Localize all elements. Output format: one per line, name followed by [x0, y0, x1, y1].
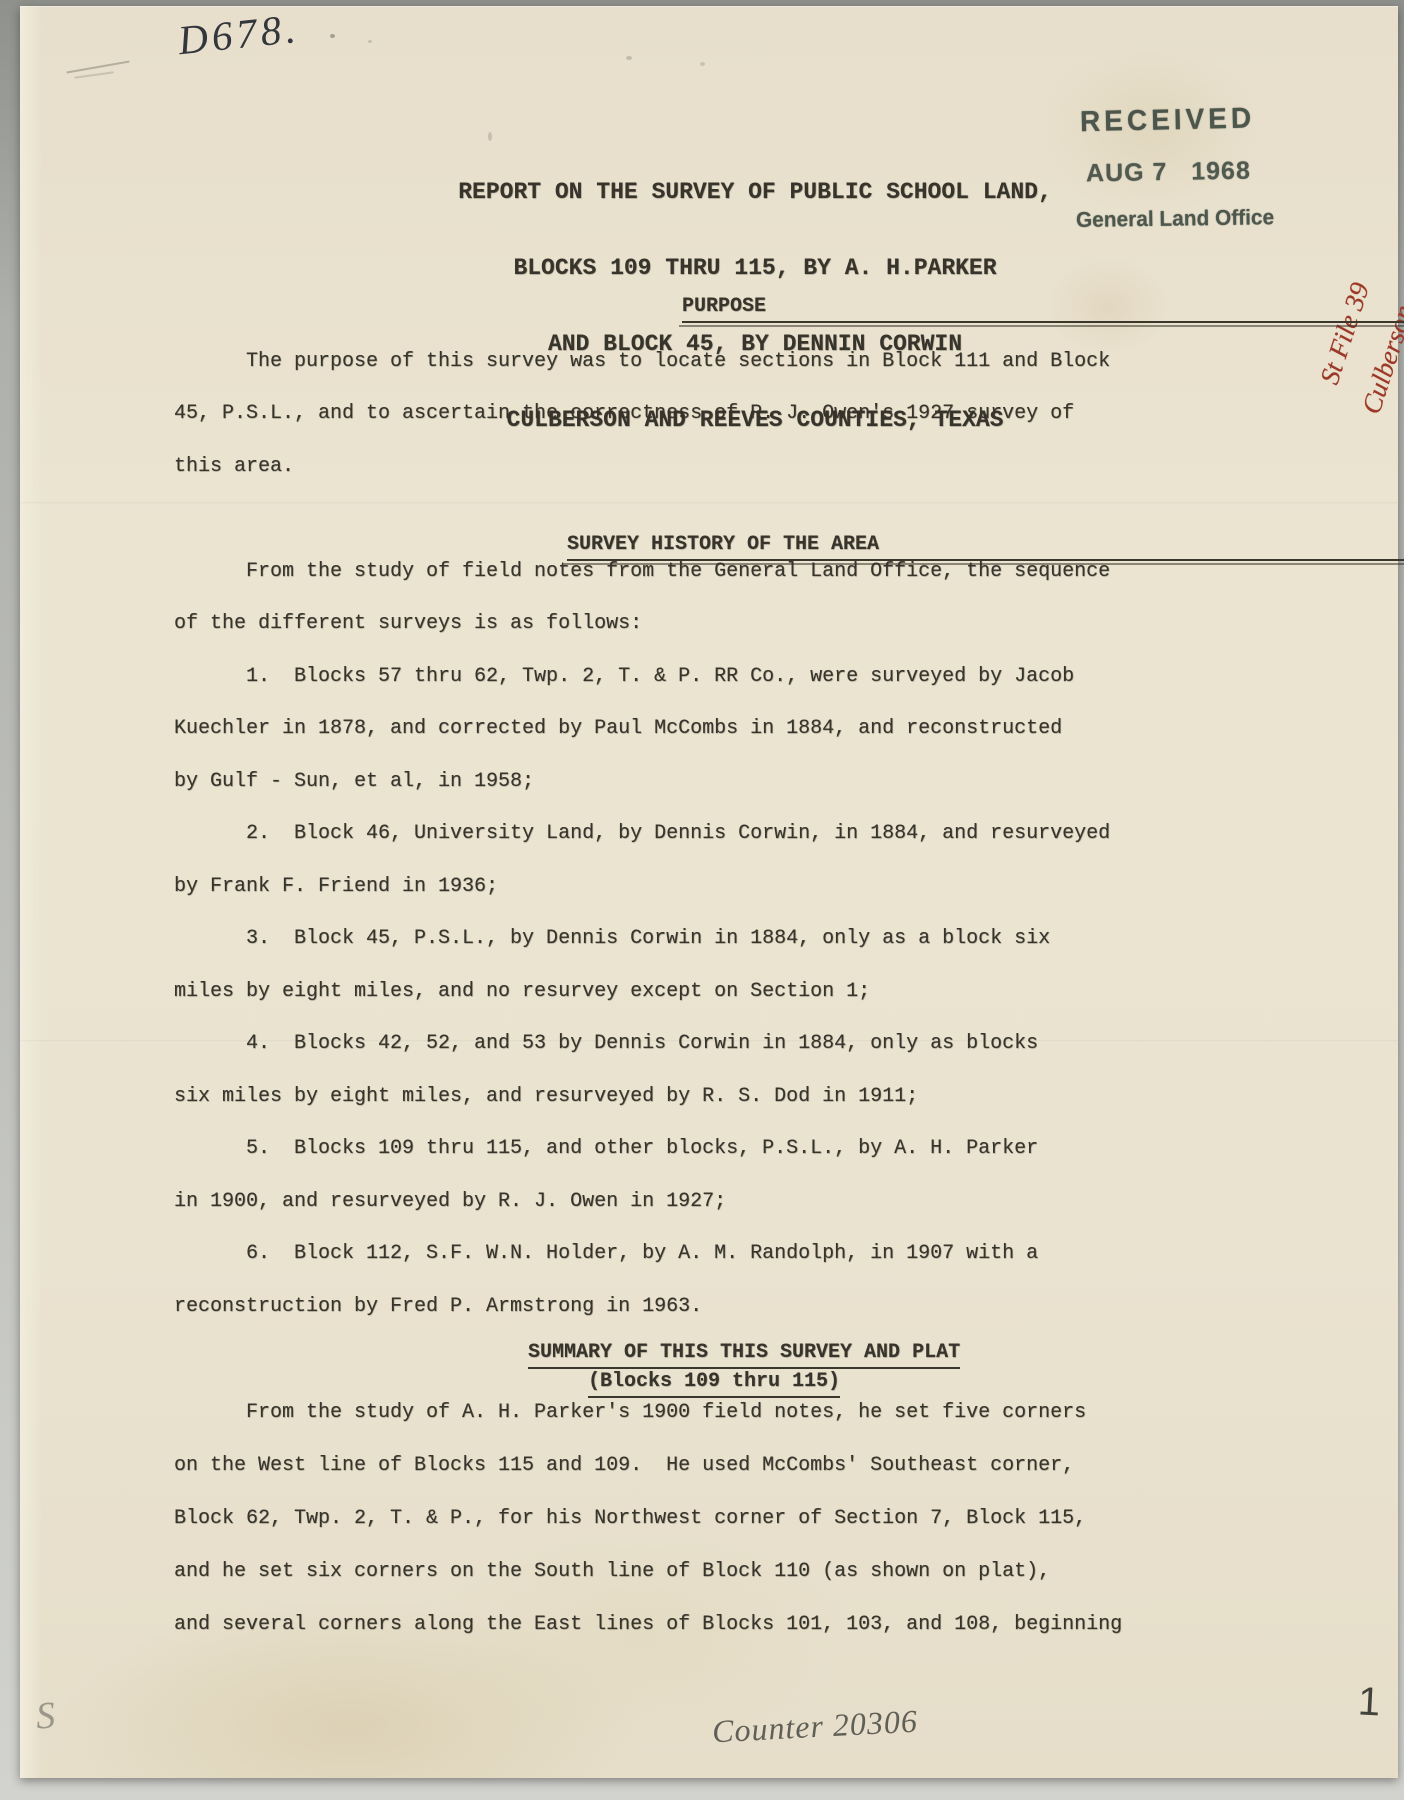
typed-line: reconstruction by Fred P. Armstrong in 1… [174, 1295, 702, 1319]
received-stamp-date: AUG 7 1968 [1086, 157, 1251, 189]
typed-line: Kuechler in 1878, and corrected by Paul … [174, 717, 1062, 741]
fold-crease [20, 502, 1398, 505]
report-title-line1: REPORT ON THE SURVEY OF PUBLIC SCHOOL LA… [457, 178, 1053, 206]
typed-line: this area. [174, 455, 294, 479]
typed-line: 4. Blocks 42, 52, and 53 by Dennis Corwi… [174, 1032, 1038, 1056]
ink-speck [700, 62, 705, 66]
ink-speck [626, 56, 632, 60]
typed-line: The purpose of this survey was to locate… [174, 350, 1110, 374]
scanned-document-page: { "doc": { "handwritten": { "doc_number"… [0, 0, 1404, 1800]
typed-line: and several corners along the East lines… [174, 1613, 1122, 1637]
typed-line: 45, P.S.L., and to ascertain the correct… [174, 402, 1074, 426]
typed-line: 6. Block 112, S.F. W.N. Holder, by A. M.… [174, 1242, 1038, 1266]
typed-line: six miles by eight miles, and resurveyed… [174, 1085, 918, 1109]
handwritten-page-number: 1 [1357, 1679, 1382, 1725]
ink-speck [368, 40, 372, 43]
typed-line: of the different surveys is as follows: [174, 612, 642, 636]
typed-line: by Frank F. Friend in 1936; [174, 875, 498, 899]
typed-line: 1. Blocks 57 thru 62, Twp. 2, T. & P. RR… [174, 665, 1074, 689]
typed-line: Block 62, Twp. 2, T. & P., for his North… [174, 1507, 1086, 1531]
typed-line: in 1900, and resurveyed by R. J. Owen in… [174, 1190, 726, 1214]
section-heading-summary: SUMMARY OF THIS THIS SURVEY AND PLAT [528, 1341, 960, 1369]
typed-line: on the West line of Blocks 115 and 109. … [174, 1454, 1074, 1478]
typed-line: miles by eight miles, and no resurvey ex… [174, 980, 870, 1004]
received-stamp-title: RECEIVED [1080, 102, 1256, 139]
typed-line: From the study of field notes from the G… [174, 560, 1110, 584]
section-heading-survey-history: SURVEY HISTORY OF THE AREA [567, 533, 1404, 561]
received-stamp-office: General Land Office [1076, 205, 1275, 233]
section-heading-summary-sub: (Blocks 109 thru 115) [588, 1370, 840, 1398]
typed-line: by Gulf - Sun, et al, in 1958; [174, 770, 534, 794]
handwritten-corner-letter: S [34, 1693, 56, 1738]
typed-line: 2. Block 46, University Land, by Dennis … [174, 822, 1110, 846]
ink-speck [330, 34, 335, 38]
typed-line: 3. Block 45, P.S.L., by Dennis Corwin in… [174, 927, 1050, 951]
section-heading-purpose: PURPOSE [682, 295, 1404, 323]
typed-line: 5. Blocks 109 thru 115, and other blocks… [174, 1137, 1038, 1161]
typed-line: and he set six corners on the South line… [174, 1560, 1050, 1584]
report-title-line2: BLOCKS 109 THRU 115, BY A. H.PARKER [457, 254, 1053, 282]
typed-line: From the study of A. H. Parker's 1900 fi… [174, 1401, 1086, 1425]
